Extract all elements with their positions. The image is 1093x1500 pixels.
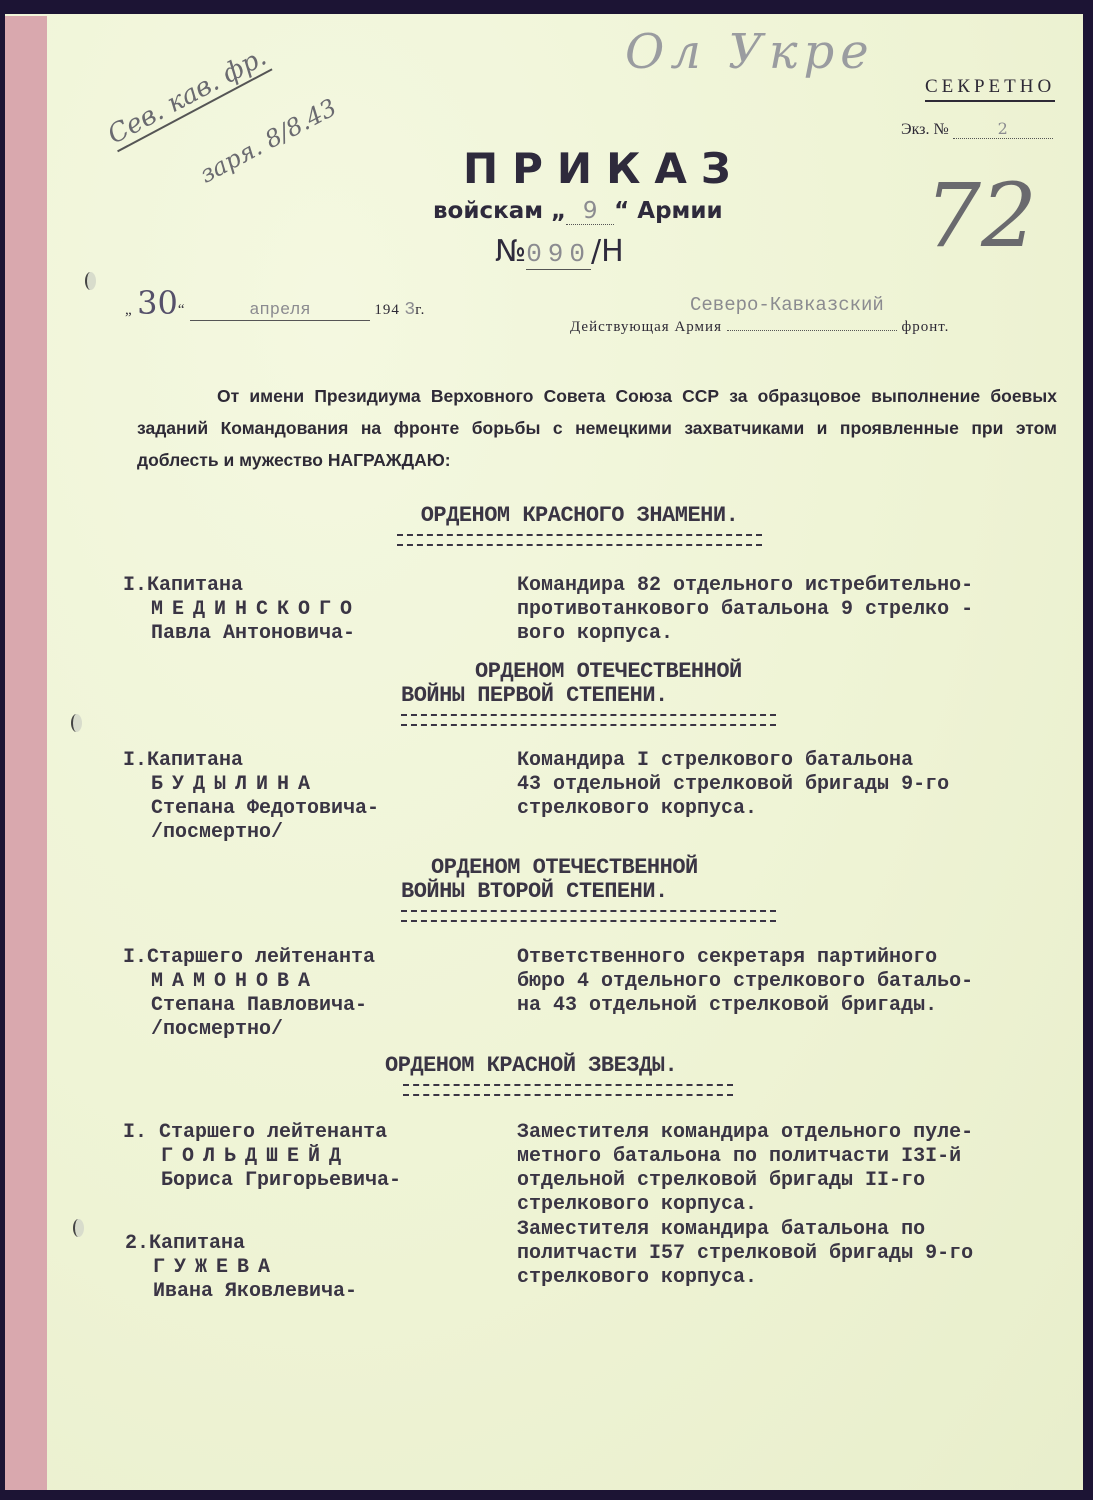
handwritten-date-note: заря. 8/8.43	[195, 93, 341, 188]
award-entry: I.Капитана БУДЫЛИНА Степана Федотовича- …	[123, 749, 379, 845]
binding-strip	[5, 16, 47, 1490]
posthumous-note: /посмертно/	[123, 821, 379, 845]
order-number-value: 090	[526, 239, 591, 270]
subtitle-prefix: войскам „	[433, 198, 566, 224]
posthumous-note: /посмертно/	[123, 1018, 375, 1042]
award-description: Заместителя командира отдельного пуле- м…	[517, 1121, 973, 1217]
section-heading-red-star: ОРДЕНОМ КРАСНОЙ ЗВЕЗДЫ.	[385, 1054, 733, 1096]
surname: ГОЛЬДШЕЙД	[123, 1145, 401, 1169]
given-name: Степана Павловича-	[123, 994, 375, 1018]
date-year-suffix: г.	[415, 302, 425, 318]
award-entry: I. Старшего лейтенанта ГОЛЬДШЕЙД Бориса …	[123, 1121, 401, 1193]
award-description: Командира I стрелкового батальона 43 отд…	[517, 749, 949, 821]
date-month: апреля	[190, 301, 370, 321]
award-description: Командира 82 отдельного истребительно- п…	[517, 574, 973, 646]
date-year-prefix: 194	[374, 302, 400, 318]
given-name: Ивана Яковлевича-	[125, 1280, 357, 1304]
surname: БУДЫЛИНА	[123, 773, 379, 797]
award-description: Ответственного секретаря партийного бюро…	[517, 946, 973, 1018]
surname: МАМОНОВА	[123, 970, 375, 994]
given-name: Павла Антоновича-	[123, 622, 361, 646]
surname: МЕДИНСКОГО	[123, 598, 361, 622]
punch-hole	[71, 714, 82, 732]
punch-hole	[73, 1219, 84, 1237]
given-name: Степана Федотовича-	[123, 797, 379, 821]
copy-number: 2	[953, 119, 1053, 139]
date-year-digit: 3	[404, 300, 415, 320]
handwritten-signature: Ол Укре	[625, 24, 875, 80]
army-front-line: Действующая Армия фронт.	[570, 319, 949, 336]
rank: Капитана	[147, 574, 243, 597]
award-description: Заместителя командира батальона по полит…	[517, 1218, 973, 1290]
given-name: Бориса Григорьевича-	[123, 1169, 401, 1193]
rank: Капитана	[147, 749, 243, 772]
order-date: „ 30“ апреля 194 3г.	[125, 284, 425, 322]
classification-label: СЕКРЕТНО	[925, 76, 1055, 102]
award-entry: 2.Капитана ГУЖЕВА Ивана Яковлевича-	[125, 1232, 357, 1304]
copy-label: Экз. №	[901, 121, 949, 138]
front-name: Северо-Кавказский	[690, 294, 884, 316]
order-number-label: №	[495, 234, 526, 269]
army-label: Действующая Армия	[570, 319, 722, 335]
section-heading-red-banner: ОРДЕНОМ КРАСНОГО ЗНАМЕНИ.	[397, 504, 762, 546]
subtitle-suffix: “ Армии	[614, 198, 722, 224]
surname: ГУЖЕВА	[125, 1256, 357, 1280]
section-heading-patriotic-war-2: ОРДЕНОМ ОТЕЧЕСТВЕННОЙ ВОЙНЫ ВТОРОЙ СТЕПЕ…	[401, 856, 776, 922]
rank: Старшего лейтенанта	[159, 1121, 387, 1144]
award-entry: I.Старшего лейтенанта МАМОНОВА Степана П…	[123, 946, 375, 1042]
order-number: №090/Н	[495, 234, 624, 269]
order-number-suffix: /Н	[591, 234, 624, 269]
date-day: 30	[137, 284, 178, 322]
rank: Капитана	[149, 1232, 245, 1255]
rank: Старшего лейтенанта	[147, 946, 375, 969]
section-heading-patriotic-war-1: ОРДЕНОМ ОТЕЧЕСТВЕННОЙ ВОЙНЫ ПЕРВОЙ СТЕПЕ…	[401, 660, 776, 726]
document-page: Сев. кав. фр. заря. 8/8.43 Ол Укре 72 СЕ…	[5, 14, 1083, 1490]
punch-hole	[85, 272, 96, 290]
intro-paragraph: От имени Президиума Верховного Совета Со…	[137, 380, 1057, 476]
copy-number-field: Экз. № 2	[901, 119, 1053, 139]
document-title: ПРИКАЗ	[463, 144, 745, 193]
award-entry: I.Капитана МЕДИНСКОГО Павла Антоновича-	[123, 574, 361, 646]
handwritten-page-number: 72	[925, 164, 1037, 267]
front-label: фронт.	[901, 319, 949, 335]
document-subtitle: войскам „9“ Армии	[433, 198, 723, 225]
army-number: 9	[566, 198, 614, 225]
